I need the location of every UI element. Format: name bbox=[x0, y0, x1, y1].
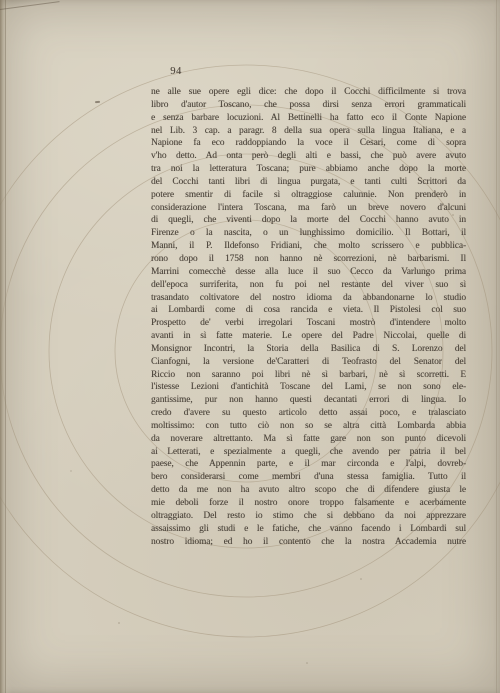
text-line: libro d'autor Toscano, che possa dirsi s… bbox=[151, 99, 466, 112]
book-page-scan: 94 ne alle sue opere egli dice: che dopo… bbox=[0, 0, 500, 693]
text-line: detto da me non ha avuto altro scopo che… bbox=[151, 484, 466, 497]
text-line: di quegli, che viventi dopo la morte del… bbox=[151, 214, 466, 227]
margin-dash-mark bbox=[95, 101, 100, 103]
text-line: nel Lib. 3 cap. a paragr. 8 della sua op… bbox=[151, 125, 466, 138]
text-line: e senza barbare locuzioni. Al Bettinelli… bbox=[151, 112, 466, 125]
text-line: da noverare altrettanto. Ma sì fatte gar… bbox=[151, 433, 466, 446]
text-line: ai Letterati, e spezialmente a quegli, c… bbox=[151, 446, 466, 459]
text-line: rono dopo il 1758 non hanno nè scorrezio… bbox=[151, 253, 466, 266]
text-line: trasandato coltivatore del nostro idioma… bbox=[151, 292, 466, 305]
text-line: Riccio non saranno poi libri nè sì barba… bbox=[151, 369, 466, 382]
text-line: Monsignor Incontri, la Storia della Basi… bbox=[151, 343, 466, 356]
text-block: ne alle sue opere egli dice: che dopo il… bbox=[151, 86, 466, 548]
text-line: Marrini comecchè desse alla luce il suo … bbox=[151, 266, 466, 279]
text-line: v'ho detto. Ad onta però degli alti e ba… bbox=[151, 150, 466, 163]
page-edge-line-left bbox=[5, 0, 6, 693]
paper-speck bbox=[452, 214, 454, 216]
text-line: del Cocchi tanti libri di lingua purgata… bbox=[151, 176, 466, 189]
paper-speck bbox=[306, 662, 308, 664]
text-line: potere smentir di facile sì oltraggiose … bbox=[151, 189, 466, 202]
text-line: ne alle sue opere egli dice: che dopo il… bbox=[151, 86, 466, 99]
text-line: paese, che Appennin parte, e il mar circ… bbox=[151, 458, 466, 471]
text-line: Napione fa eco raddoppiando la voce il C… bbox=[151, 137, 466, 150]
text-line: l'istesse Lezioni d'antichità Toscane de… bbox=[151, 381, 466, 394]
page-number: 94 bbox=[160, 66, 192, 77]
paper-speck bbox=[360, 578, 362, 580]
text-line: moltissimo: con tutto ciò non so se altr… bbox=[151, 420, 466, 433]
text-line: avanti in sì fatte materie. Le opere del… bbox=[151, 330, 466, 343]
text-line: ai Lombardi come di cosa rancida e vieta… bbox=[151, 304, 466, 317]
text-line: nostro idioma; ed ho il contento che la … bbox=[151, 536, 466, 549]
paper-speck bbox=[70, 470, 72, 472]
text-line: Prospetto de' verbi irregolari Toscani m… bbox=[151, 317, 466, 330]
text-line: credo d'avere su questo articolo detto a… bbox=[151, 407, 466, 420]
page-edge-line-right bbox=[496, 0, 497, 693]
text-line: Manni, il P. Ildefonso Fridiani, che mol… bbox=[151, 240, 466, 253]
text-line: dell'epoca surriferita, non fu poi nel r… bbox=[151, 279, 466, 292]
text-line: tra noi la letteratura Toscana; pure abb… bbox=[151, 163, 466, 176]
text-line: Cianfogni, la versione de'Caratteri di T… bbox=[151, 356, 466, 369]
page-gutter-edge bbox=[0, 0, 12, 693]
text-line: gantissime, pur non hanno questi decanta… bbox=[151, 394, 466, 407]
text-line: mie deboli forze il nostro onore troppo … bbox=[151, 497, 466, 510]
text-line: bero considerarsi come membri d'una stes… bbox=[151, 471, 466, 484]
text-line: Firenze o la nascita, o un lunghissimo d… bbox=[151, 227, 466, 240]
text-line: assaissimo gli studi e le fatiche, che v… bbox=[151, 523, 466, 536]
text-line: oltraggiato. Del resto io stimo che si d… bbox=[151, 510, 466, 523]
text-line: considerazione l'intera Toscana, ma farò… bbox=[151, 202, 466, 215]
paper-speck bbox=[118, 622, 120, 624]
